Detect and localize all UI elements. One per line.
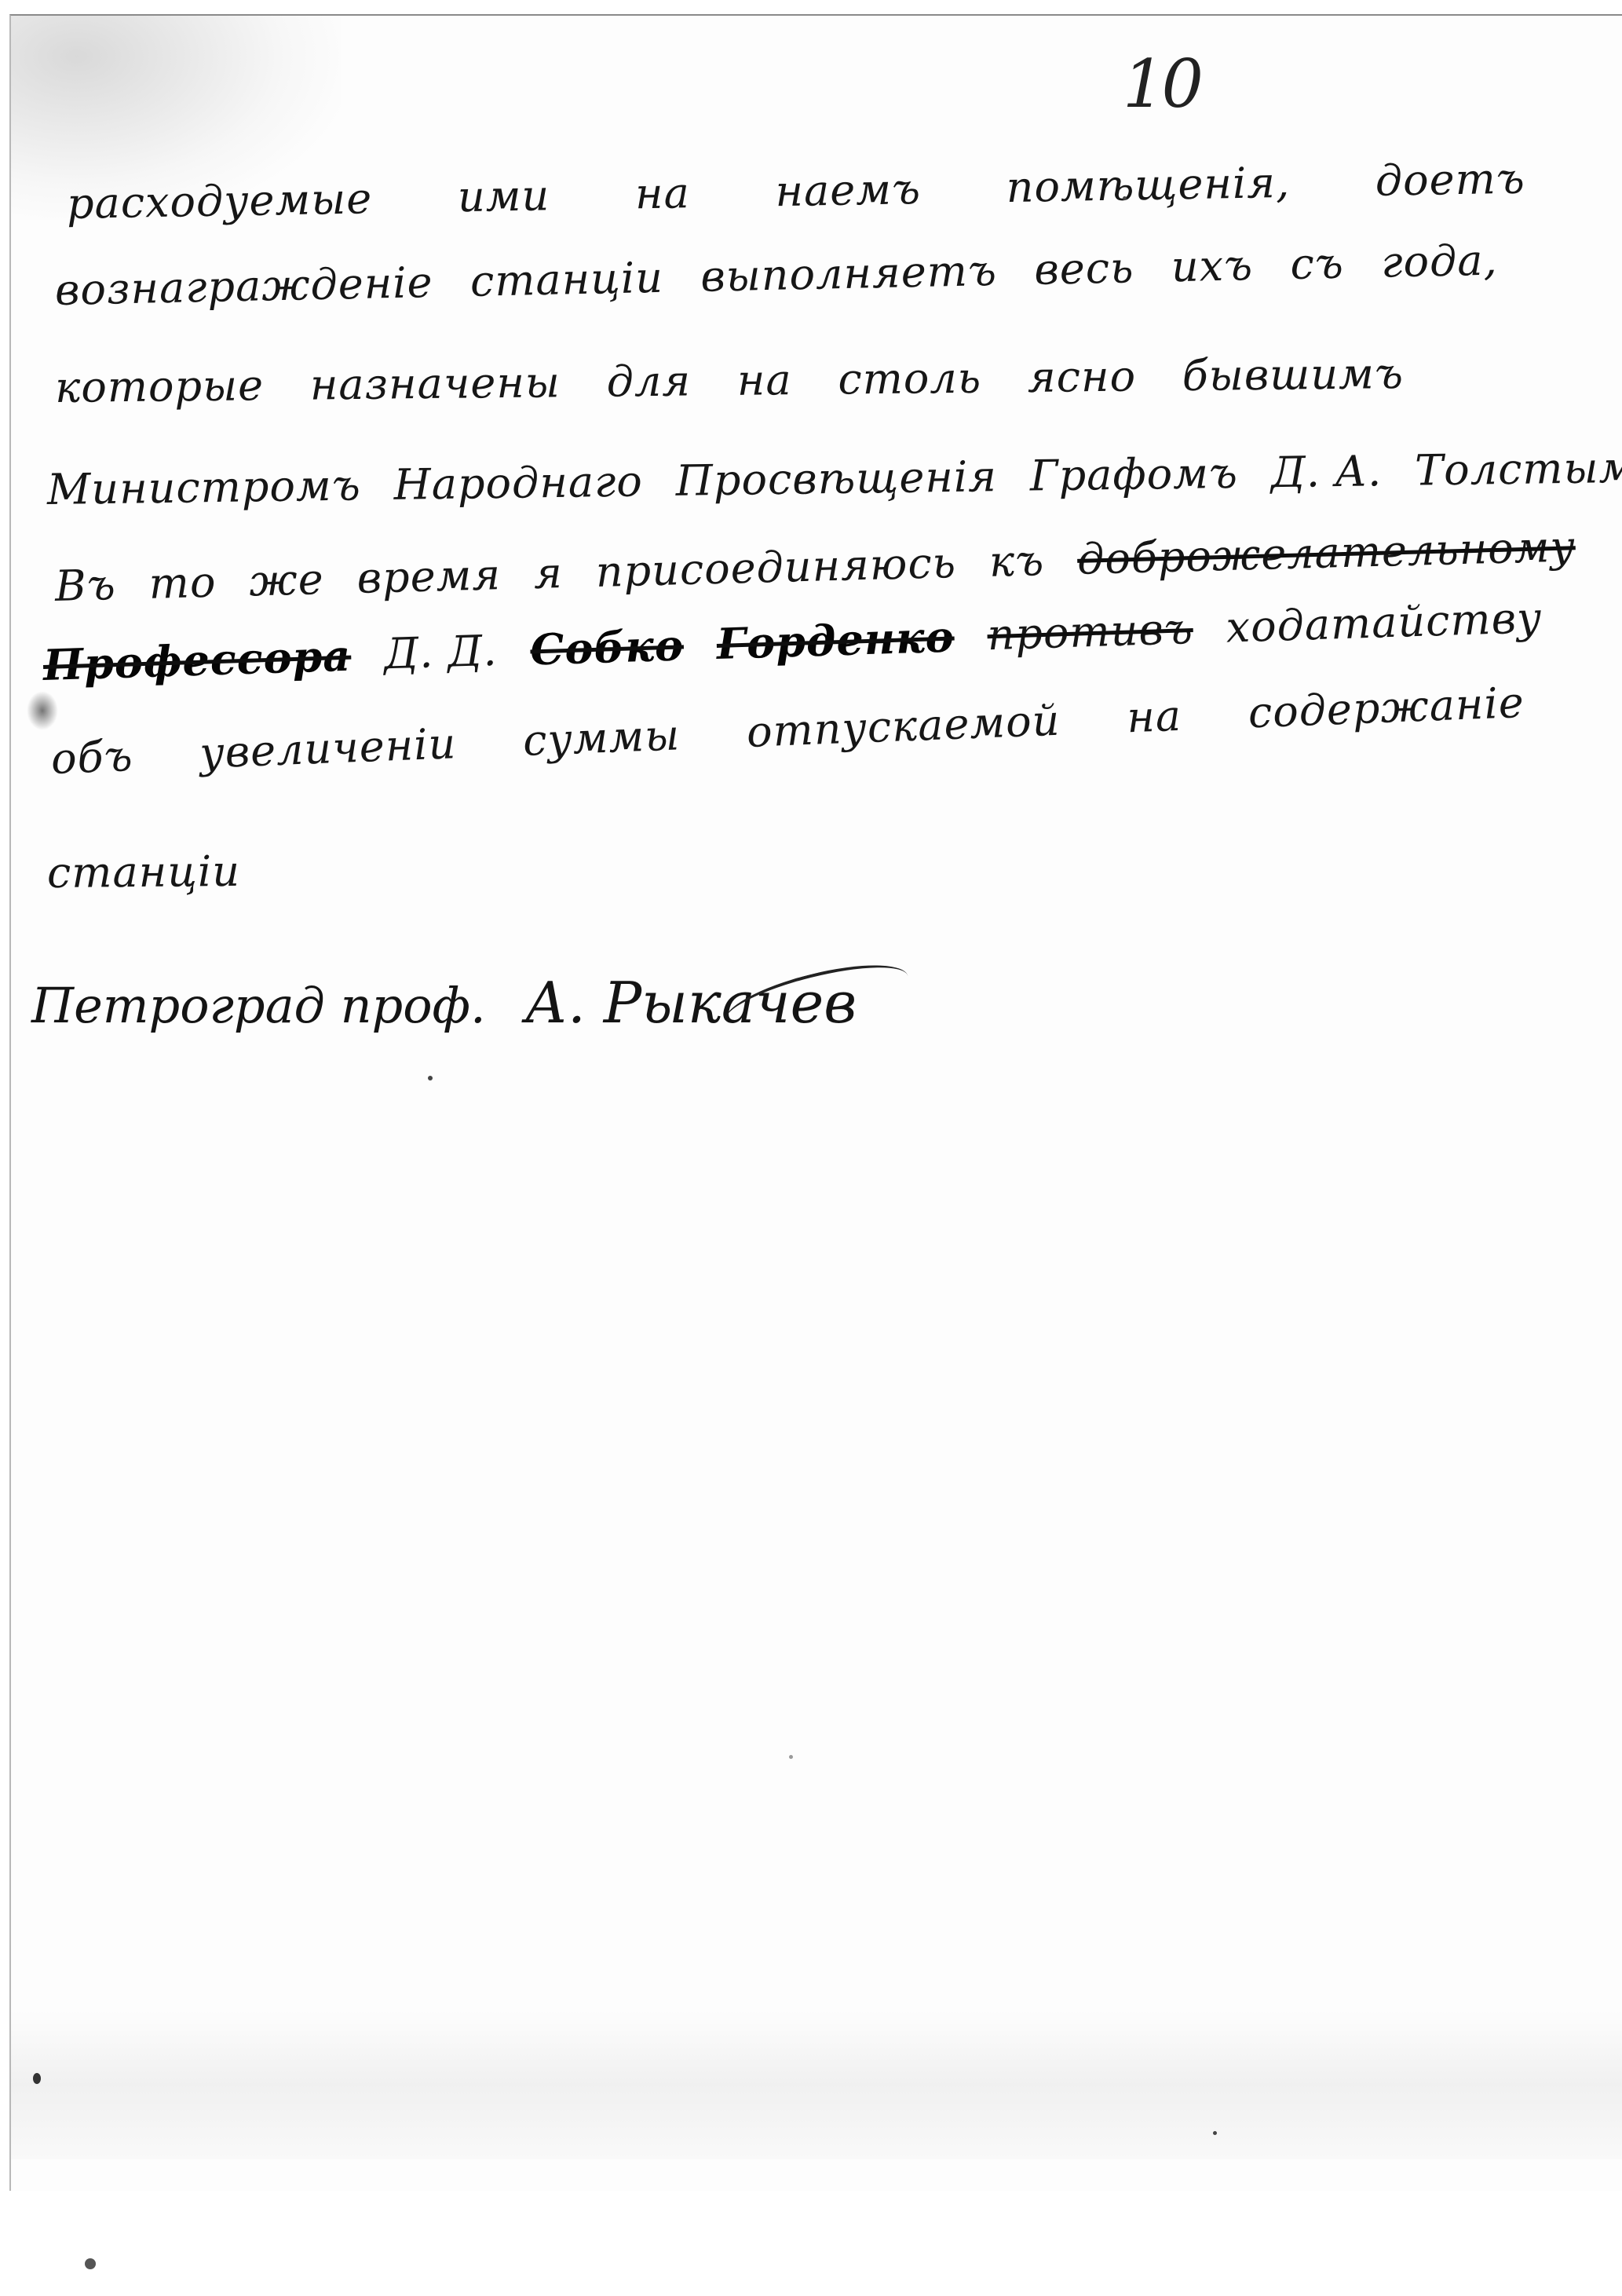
word: объ [50,731,134,784]
word: для [606,356,691,407]
text-line: станцiи [47,846,276,898]
word: Д. А. [1270,446,1382,497]
scan-margin [0,2191,1622,2296]
word: съ [1290,239,1345,289]
document-page [9,14,1622,2192]
word: Просвѣщенiя [675,452,997,506]
word: Министромъ [47,460,362,514]
word: выполняетъ [700,246,998,302]
word: столь [838,353,981,404]
word: ими [457,170,550,221]
word: къ [988,536,1045,587]
paper-speck [33,2073,41,2084]
paper-speck [1123,196,1127,200]
word: весь [1034,243,1134,294]
word: я [533,548,563,598]
word: назначены [309,357,561,409]
word: на [1126,691,1182,743]
word: то [148,558,217,609]
word: доетъ [1375,154,1525,206]
struck-word: Горденко [716,612,955,669]
word: бывшимъ [1182,349,1404,400]
word: Графомъ [1029,448,1238,501]
struck-word: Собко [529,620,684,675]
struck-word: противъ [987,604,1194,660]
word: года, [1381,236,1499,287]
word: на [736,355,791,405]
signature-place: Петроград [31,977,325,1034]
word: расходуемые [66,174,372,229]
word: время [356,550,502,603]
word: которые [55,360,265,412]
word: присоединяюсь [595,538,957,597]
paper-speck [1213,2131,1217,2135]
page-number: 10 [1123,46,1200,122]
word: увеличенiи [199,718,457,778]
struck-word: Профессора [42,631,352,690]
word: же [248,554,324,605]
word: на [634,168,690,218]
word: Въ [54,560,116,611]
word: ясно [1028,352,1137,402]
ink-smudge [27,691,58,730]
word: Народнаго [393,456,643,509]
paper-speck [85,2258,96,2269]
word: ихъ [1171,240,1254,291]
paper-speck [428,1076,433,1080]
word: ходатайству [1226,593,1543,653]
word: содержанiе [1248,678,1525,737]
word: станцiи [47,846,240,898]
word: Д. Д. [383,626,498,680]
signature-title: проф. [341,977,486,1034]
word: станцiи [469,253,663,306]
word: Толстымъ [1415,442,1622,495]
word: наемъ [775,164,922,216]
word: помѣщенiя, [1006,158,1291,212]
paper-speck [789,1755,793,1759]
word: вознагражденiе [54,258,433,315]
word: суммы [522,710,681,766]
